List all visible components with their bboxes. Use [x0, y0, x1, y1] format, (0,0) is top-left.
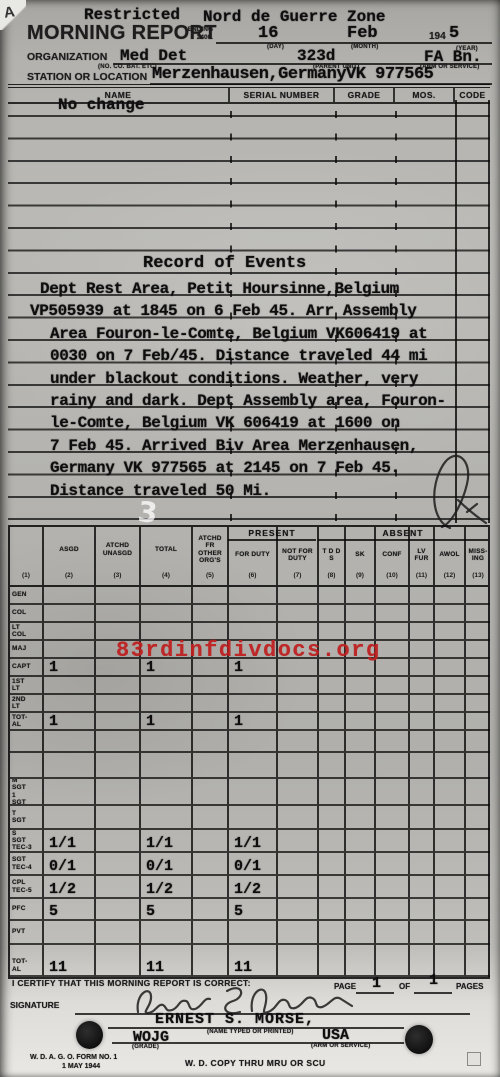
- stats-cell: [278, 753, 319, 779]
- stats-cell: 11: [141, 956, 193, 977]
- stats-cell: [96, 806, 141, 830]
- stats-cell: 1: [141, 713, 193, 731]
- rank-label: [10, 764, 12, 766]
- stats-cell: [141, 731, 193, 753]
- stats-col-number: (7): [278, 572, 317, 585]
- stats-col-number: (10): [376, 572, 408, 585]
- stats-cell: [376, 779, 410, 806]
- stats-row-label: 1ST LT: [10, 677, 44, 695]
- events-line: 0030 on 7 Feb/45. Distance traveled 44 m…: [50, 347, 427, 365]
- stats-cell: [193, 945, 229, 956]
- stats-value: 1/1: [141, 836, 173, 851]
- stats-value: 0/1: [141, 859, 173, 874]
- stats-cell: [346, 853, 376, 876]
- stats-cell: 1/1: [141, 830, 193, 853]
- year-printed: 194: [429, 31, 446, 42]
- stats-cell: [193, 921, 229, 945]
- stats-cell: [44, 806, 96, 830]
- stats-cell: [410, 779, 435, 806]
- stats-cell: [346, 806, 376, 830]
- stats-row-label: TOT- AL: [10, 713, 44, 731]
- stats-cell: [435, 921, 466, 945]
- stats-cell: [376, 876, 410, 899]
- stats-cell: [435, 623, 466, 641]
- typed-name: ERNEST S. MORSE,: [155, 1011, 315, 1028]
- signature-label: SIGNATURE: [10, 1000, 59, 1010]
- stats-cell: [96, 779, 141, 806]
- ending-word: ENDING: [188, 26, 213, 33]
- stats-cell: [193, 713, 229, 731]
- stats-col-label: ATCHD FR OTHER ORG'S: [193, 527, 227, 572]
- stats-cell: [44, 623, 96, 641]
- stats-cell: 0/1: [44, 853, 96, 876]
- stats-row: [10, 945, 488, 956]
- stats-cell: [435, 945, 466, 956]
- stats-cell: [410, 605, 435, 623]
- month-sublabel: (MONTH): [351, 44, 378, 50]
- handwritten-initials-mark: [420, 452, 492, 534]
- stats-cell: [96, 695, 141, 713]
- stats-cell: [376, 695, 410, 713]
- site-watermark: 83rdinfdivdocs.org: [116, 638, 381, 663]
- stats-cell: [96, 956, 141, 977]
- ending-label: ENDING 2400.: [181, 26, 213, 42]
- stats-cell: [229, 605, 278, 623]
- stats-cell: [410, 806, 435, 830]
- stats-col-number: (12): [435, 572, 464, 585]
- stats-cell: 1/1: [44, 830, 96, 853]
- date-underline: [216, 42, 428, 44]
- stats-cell: [435, 753, 466, 779]
- stats-row-label: [10, 753, 44, 779]
- stats-cell: [410, 876, 435, 899]
- stats-cell: [346, 779, 376, 806]
- stats-cell: [278, 695, 319, 713]
- stats-cell: [278, 921, 319, 945]
- stats-value: 11: [44, 960, 67, 975]
- stats-cell: [96, 731, 141, 753]
- stats-col-header: (1): [10, 527, 44, 585]
- stats-cell: [435, 695, 466, 713]
- stats-cell: [193, 956, 229, 977]
- stats-cell: [346, 830, 376, 853]
- stats-row-label: TOT- AL: [10, 956, 44, 977]
- stats-cell: [319, 830, 346, 853]
- events-line: Germany VK 977565 at 2145 on 7 Feb 45.: [50, 459, 400, 477]
- stats-cell: [319, 753, 346, 779]
- pages-number: 1: [429, 972, 438, 989]
- stats-cell: [466, 830, 490, 853]
- stats-cell: 5: [229, 899, 278, 921]
- stats-col-label: MISS- ING: [466, 527, 490, 572]
- rank-label: TOT- AL: [10, 957, 42, 973]
- stats-cell: [44, 587, 96, 605]
- stats-cell: [193, 830, 229, 853]
- stats-cell: [376, 853, 410, 876]
- stats-cell: [193, 876, 229, 899]
- copy-routing-note: W. D. COPY THRU MRU OR SCU: [185, 1058, 326, 1068]
- stats-value: 0/1: [229, 859, 261, 874]
- year-underline: [428, 42, 492, 44]
- stats-row-label: [10, 731, 44, 753]
- stats-cell: [466, 876, 490, 899]
- stats-col-label: TOTAL: [141, 527, 191, 572]
- stats-cell: [96, 853, 141, 876]
- rank-label: MAJ: [10, 644, 26, 653]
- date-month: Feb: [347, 24, 378, 43]
- stats-col-label: NOT FOR DUTY: [278, 527, 317, 572]
- stats-cell: [376, 956, 410, 977]
- stats-cell: [435, 713, 466, 731]
- stats-cell: [278, 853, 319, 876]
- stats-cell: [278, 605, 319, 623]
- stats-cell: [193, 753, 229, 779]
- stats-col-number: (9): [346, 572, 374, 585]
- stats-cell: [319, 779, 346, 806]
- stats-cell: [435, 779, 466, 806]
- of-label: OF: [399, 982, 410, 991]
- stats-cell: [229, 921, 278, 945]
- stats-cell: 1/1: [229, 830, 278, 853]
- events-line: 7 Feb 45. Arrived Biv Area Merzenhausen,: [50, 437, 418, 455]
- stats-cell: [141, 779, 193, 806]
- events-line: rainy and dark. Dept Assembly area, Four…: [50, 392, 446, 410]
- stats-cell: [435, 641, 466, 659]
- stats-col-header: FOR DUTY(6): [229, 527, 278, 585]
- stats-cell: [376, 731, 410, 753]
- stats-row-label: CPL TEC-5: [10, 876, 44, 899]
- stats-row: SGT TEC-40/10/10/1: [10, 853, 488, 876]
- stats-cell: [278, 876, 319, 899]
- stats-cell: 1: [229, 713, 278, 731]
- stats-value: 1: [141, 714, 155, 729]
- stats-cell: [346, 605, 376, 623]
- stats-col-label: CONF: [376, 527, 408, 572]
- stats-row: 1ST LT: [10, 677, 488, 695]
- stats-cell: [319, 677, 346, 695]
- stats-cell: [346, 587, 376, 605]
- stats-cell: [466, 753, 490, 779]
- stats-header: PRESENT ABSENT (1)ASGD(2)ATCHD UNASGD(3)…: [10, 527, 488, 587]
- stats-cell: [376, 713, 410, 731]
- stats-cell: [44, 753, 96, 779]
- punch-hole-right: [405, 1025, 433, 1054]
- rank-label: CPL TEC-5: [10, 878, 42, 894]
- stats-cell: [435, 731, 466, 753]
- stats-cell: [346, 945, 376, 956]
- stats-cell: [141, 605, 193, 623]
- stats-cell: [193, 853, 229, 876]
- stats-cell: [435, 677, 466, 695]
- stats-cell: [278, 899, 319, 921]
- stats-cell: [466, 623, 490, 641]
- stats-cell: [319, 921, 346, 945]
- stats-cell: [376, 830, 410, 853]
- stats-cell: 11: [229, 956, 278, 977]
- stats-cell: [278, 731, 319, 753]
- arm-service-value: USA: [322, 1027, 349, 1044]
- events-line: Distance traveled 50 Mi.: [50, 482, 271, 500]
- stats-cell: [346, 899, 376, 921]
- stats-cell: 0/1: [229, 853, 278, 876]
- stats-col-header: ASGD(2): [44, 527, 96, 585]
- station-value: Merzenhausen,GermanyVK 977565: [152, 65, 433, 84]
- stats-cell: 5: [44, 899, 96, 921]
- stats-row: [10, 753, 488, 779]
- stats-cell: [376, 945, 410, 956]
- stats-cell: [278, 830, 319, 853]
- rank-label: T SGT: [10, 809, 42, 825]
- organization-label: ORGANIZATION: [27, 51, 107, 63]
- stats-cell: [435, 806, 466, 830]
- stats-row: GEN: [10, 587, 488, 605]
- rank-label: TOT- AL: [10, 713, 42, 729]
- stats-col-header: AWOL(12): [435, 527, 466, 585]
- stats-cell: [410, 659, 435, 677]
- stats-cell: [44, 695, 96, 713]
- stats-value: 1: [44, 714, 58, 729]
- ending-time: 2400.: [197, 34, 213, 41]
- date-day: 16: [258, 24, 278, 43]
- stats-cell: 5: [141, 899, 193, 921]
- stats-cell: [435, 587, 466, 605]
- form-number: W. D. A. G. O. FORM NO. 1: [30, 1054, 117, 1061]
- stats-col-number: (8): [319, 572, 344, 585]
- stats-col-number: (5): [193, 572, 227, 585]
- stats-cell: [44, 921, 96, 945]
- rank-label: COL: [10, 608, 26, 617]
- rank-label: 1ST LT: [10, 677, 42, 693]
- stats-cell: [44, 731, 96, 753]
- stats-row: 2ND LT: [10, 695, 488, 713]
- stats-cell: [96, 945, 141, 956]
- stats-cell: [376, 605, 410, 623]
- stats-cell: [96, 587, 141, 605]
- stats-cell: [435, 899, 466, 921]
- stats-cell: [376, 641, 410, 659]
- station-label: STATION OR LOCATION: [27, 71, 147, 83]
- stats-col-header: TOTAL(4): [141, 527, 193, 585]
- stats-cell: [376, 921, 410, 945]
- stats-cell: [44, 779, 96, 806]
- stats-row-label: PFC: [10, 899, 44, 921]
- stats-cell: 0/1: [141, 853, 193, 876]
- stats-row-label: SGT TEC-4: [10, 853, 44, 876]
- stats-cell: [410, 731, 435, 753]
- stats-cell: [466, 587, 490, 605]
- stats-cell: [466, 677, 490, 695]
- stats-cell: [96, 899, 141, 921]
- stats-cell: [193, 731, 229, 753]
- stats-cell: [141, 677, 193, 695]
- stats-cell: [466, 641, 490, 659]
- stats-cell: [229, 806, 278, 830]
- stats-cell: [193, 695, 229, 713]
- footer-checkbox: [467, 1052, 481, 1066]
- stats-cell: [435, 853, 466, 876]
- stats-cell: [376, 623, 410, 641]
- events-line: Area Fouron-le-Comte, Belgium VK606419 a…: [50, 325, 427, 343]
- unit-sublabel: (NO. CO. BAT. ETC): [98, 64, 157, 70]
- rank-label: M SGT 1 SGT: [10, 779, 42, 806]
- stats-col-number: (11): [410, 572, 433, 585]
- stats-col-label: LV FUR: [410, 527, 433, 572]
- stats-cell: [96, 677, 141, 695]
- morning-report-scan: A Restricted Nord de Guerre Zone MORNING…: [0, 0, 500, 1077]
- rank-label: PFC: [10, 904, 26, 913]
- stats-row-label: [10, 945, 44, 956]
- stats-col-header: ATCHD FR OTHER ORG'S(5): [193, 527, 229, 585]
- stats-col-header: SK(9): [346, 527, 376, 585]
- stats-cell: [435, 876, 466, 899]
- rank-label: 2ND LT: [10, 695, 42, 711]
- events-line: le-Comte, Belgium VK 606419 at 1600 on: [50, 414, 400, 432]
- stats-cell: [193, 677, 229, 695]
- stats-cell: [278, 677, 319, 695]
- stats-value: 11: [229, 960, 252, 975]
- stats-col-number: (13): [466, 572, 490, 585]
- stats-cell: [141, 921, 193, 945]
- roster-entry: No change: [58, 96, 144, 114]
- stats-cell: [193, 605, 229, 623]
- stats-cell: [229, 779, 278, 806]
- stats-cell: [346, 753, 376, 779]
- stats-cell: [466, 899, 490, 921]
- stats-row-label: T SGT: [10, 806, 44, 830]
- stats-row: PVT: [10, 921, 488, 945]
- events-title: Record of Events: [143, 254, 306, 273]
- stats-cell: [278, 779, 319, 806]
- stats-cell: [435, 605, 466, 623]
- stats-cell: [229, 677, 278, 695]
- stats-value: 5: [44, 904, 58, 919]
- stats-cell: [410, 945, 435, 956]
- stats-row-label: GEN: [10, 587, 44, 605]
- stats-cell: [278, 945, 319, 956]
- stats-value: 1/2: [44, 882, 76, 897]
- stats-cell: [410, 677, 435, 695]
- stats-cell: [466, 731, 490, 753]
- stats-value: 11: [141, 960, 164, 975]
- grade-sublabel: (GRADE): [132, 1044, 159, 1050]
- stats-col-label: ATCHD UNASGD: [96, 527, 139, 572]
- rank-label: GEN: [10, 590, 27, 599]
- stats-cell: [376, 806, 410, 830]
- stats-col-number: (2): [44, 572, 94, 585]
- corner-mark: A: [3, 3, 16, 21]
- rank-label: SGT TEC-4: [10, 855, 42, 871]
- stats-row-label: M SGT 1 SGT: [10, 779, 44, 806]
- stats-cell: [346, 677, 376, 695]
- stats-col-number: (6): [229, 572, 276, 585]
- rank-label: CAPT: [10, 662, 31, 671]
- events-line: Dept Rest Area, Petit Hoursinne,Belgium: [40, 280, 399, 298]
- stats-cell: [319, 876, 346, 899]
- stats-cell: [410, 695, 435, 713]
- stats-col-label: T D D S: [319, 527, 344, 572]
- stats-cell: [319, 587, 346, 605]
- stats-cell: 11: [44, 956, 96, 977]
- stats-cell: [410, 853, 435, 876]
- stats-cell: [229, 753, 278, 779]
- stats-cell: [346, 713, 376, 731]
- stats-cell: [410, 899, 435, 921]
- stats-cell: [44, 641, 96, 659]
- stats-col-label: FOR DUTY: [229, 527, 276, 572]
- stats-cell: [96, 713, 141, 731]
- pages-label: PAGES: [456, 982, 483, 991]
- stats-value: 1/1: [229, 836, 261, 851]
- typed-name-sublabel: (NAME TYPED OR PRINTED): [207, 1029, 294, 1035]
- stats-value: 1/2: [229, 882, 261, 897]
- stats-cell: [44, 677, 96, 695]
- stats-cell: [229, 587, 278, 605]
- stats-cell: [410, 713, 435, 731]
- stats-cell: [278, 713, 319, 731]
- stats-col-number: (4): [141, 572, 191, 585]
- stats-col-label: AWOL: [435, 527, 464, 572]
- year-typed: 5: [449, 24, 459, 43]
- stats-cell: [44, 605, 96, 623]
- stats-cell: [466, 853, 490, 876]
- stats-cell: [319, 899, 346, 921]
- stats-col-label: ASGD: [44, 527, 94, 572]
- stats-value: 1: [229, 714, 243, 729]
- pages-underline: [414, 992, 452, 994]
- rank-label: [10, 740, 12, 742]
- stats-cell: [466, 921, 490, 945]
- stats-cell: [466, 605, 490, 623]
- page-underline: [356, 992, 394, 994]
- stats-cell: 1/2: [44, 876, 96, 899]
- stats-cell: [229, 695, 278, 713]
- form-date: 1 MAY 1944: [62, 1063, 100, 1070]
- stats-cell: [319, 806, 346, 830]
- stats-cell: [410, 753, 435, 779]
- stats-cell: [346, 695, 376, 713]
- strength-stats-table: PRESENT ABSENT (1)ASGD(2)ATCHD UNASGD(3)…: [8, 525, 490, 979]
- stats-row: TOT- AL111: [10, 713, 488, 731]
- stats-cell: [319, 853, 346, 876]
- page-number: 1: [372, 975, 381, 992]
- stats-cell: [410, 623, 435, 641]
- stats-row: CPL TEC-51/21/21/2: [10, 876, 488, 899]
- scan-corner-artifact: A: [0, 0, 26, 30]
- stats-cell: [466, 806, 490, 830]
- stats-cell: 1/2: [229, 876, 278, 899]
- stats-row: S SGT TEC-31/11/11/1: [10, 830, 488, 853]
- stats-col-header: T D D S(8): [319, 527, 346, 585]
- stats-cell: [376, 899, 410, 921]
- stats-cell: [346, 876, 376, 899]
- rank-label: LT COL: [10, 623, 42, 639]
- stats-value: 0/1: [44, 859, 76, 874]
- stats-row: COL: [10, 605, 488, 623]
- stats-row-label: CAPT: [10, 659, 44, 677]
- stats-row-label: LT COL: [10, 623, 44, 641]
- stats-row-label: S SGT TEC-3: [10, 830, 44, 853]
- rank-label: PVT: [10, 927, 25, 936]
- stats-cell: [229, 731, 278, 753]
- stats-value: 1: [44, 660, 58, 675]
- stats-cell: 1: [44, 713, 96, 731]
- stats-cell: [141, 587, 193, 605]
- stats-row: [10, 731, 488, 753]
- stats-cell: [466, 659, 490, 677]
- stats-row: TOT- AL111111: [10, 956, 488, 977]
- stats-cell: [44, 945, 96, 956]
- stats-cell: [319, 945, 346, 956]
